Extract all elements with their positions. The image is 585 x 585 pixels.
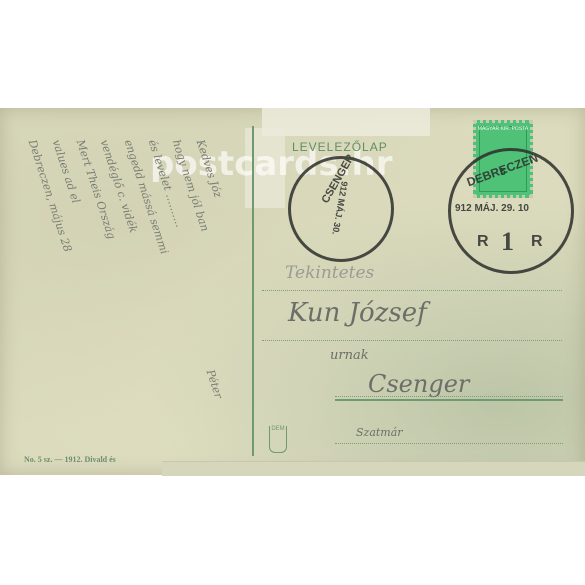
address-rule-3 <box>335 396 563 397</box>
postmark-code-number: 1 <box>501 227 514 257</box>
address-line-1: Tekintetes <box>285 263 374 283</box>
stamp-country: MAGYAR KIR. POSTA <box>476 126 530 132</box>
message-signature: Péter <box>204 368 226 400</box>
address-line-5: Szatmár <box>356 426 403 439</box>
address-line-2: Kun József <box>288 298 427 328</box>
publisher-logo: DEM <box>269 426 287 453</box>
address-rule-3-underline <box>335 399 563 401</box>
address-rule-4 <box>335 443 563 444</box>
center-divider <box>252 126 254 456</box>
address-line-3: urnak <box>330 348 369 363</box>
postmark-code-right: R <box>531 233 543 251</box>
torn-paper-patch <box>262 108 430 136</box>
postcard-back: postcards.hr LEVELEZŐLAP Debreczen, máju… <box>0 108 585 475</box>
paper-strip <box>162 461 585 476</box>
publisher-footer: No. 5 sz. — 1912. Divald és <box>24 455 116 464</box>
postcard-title: LEVELEZŐLAP <box>292 140 388 154</box>
postmark-right-date: 912 MÁJ. 29. 10 <box>455 203 529 214</box>
address-rule-2 <box>262 340 562 341</box>
postmark-left: CSENGER 912 MÁJ. 30. <box>288 156 394 262</box>
postmark-code-left: R <box>477 233 489 251</box>
handwritten-message: Debreczen, május 28 values ad el Mert Th… <box>20 138 240 438</box>
postmark-right: DEBRECZEN 912 MÁJ. 29. 10 R 1 R <box>448 148 574 274</box>
address-line-4: Csenger <box>368 370 469 398</box>
address-rule-1 <box>262 290 562 291</box>
